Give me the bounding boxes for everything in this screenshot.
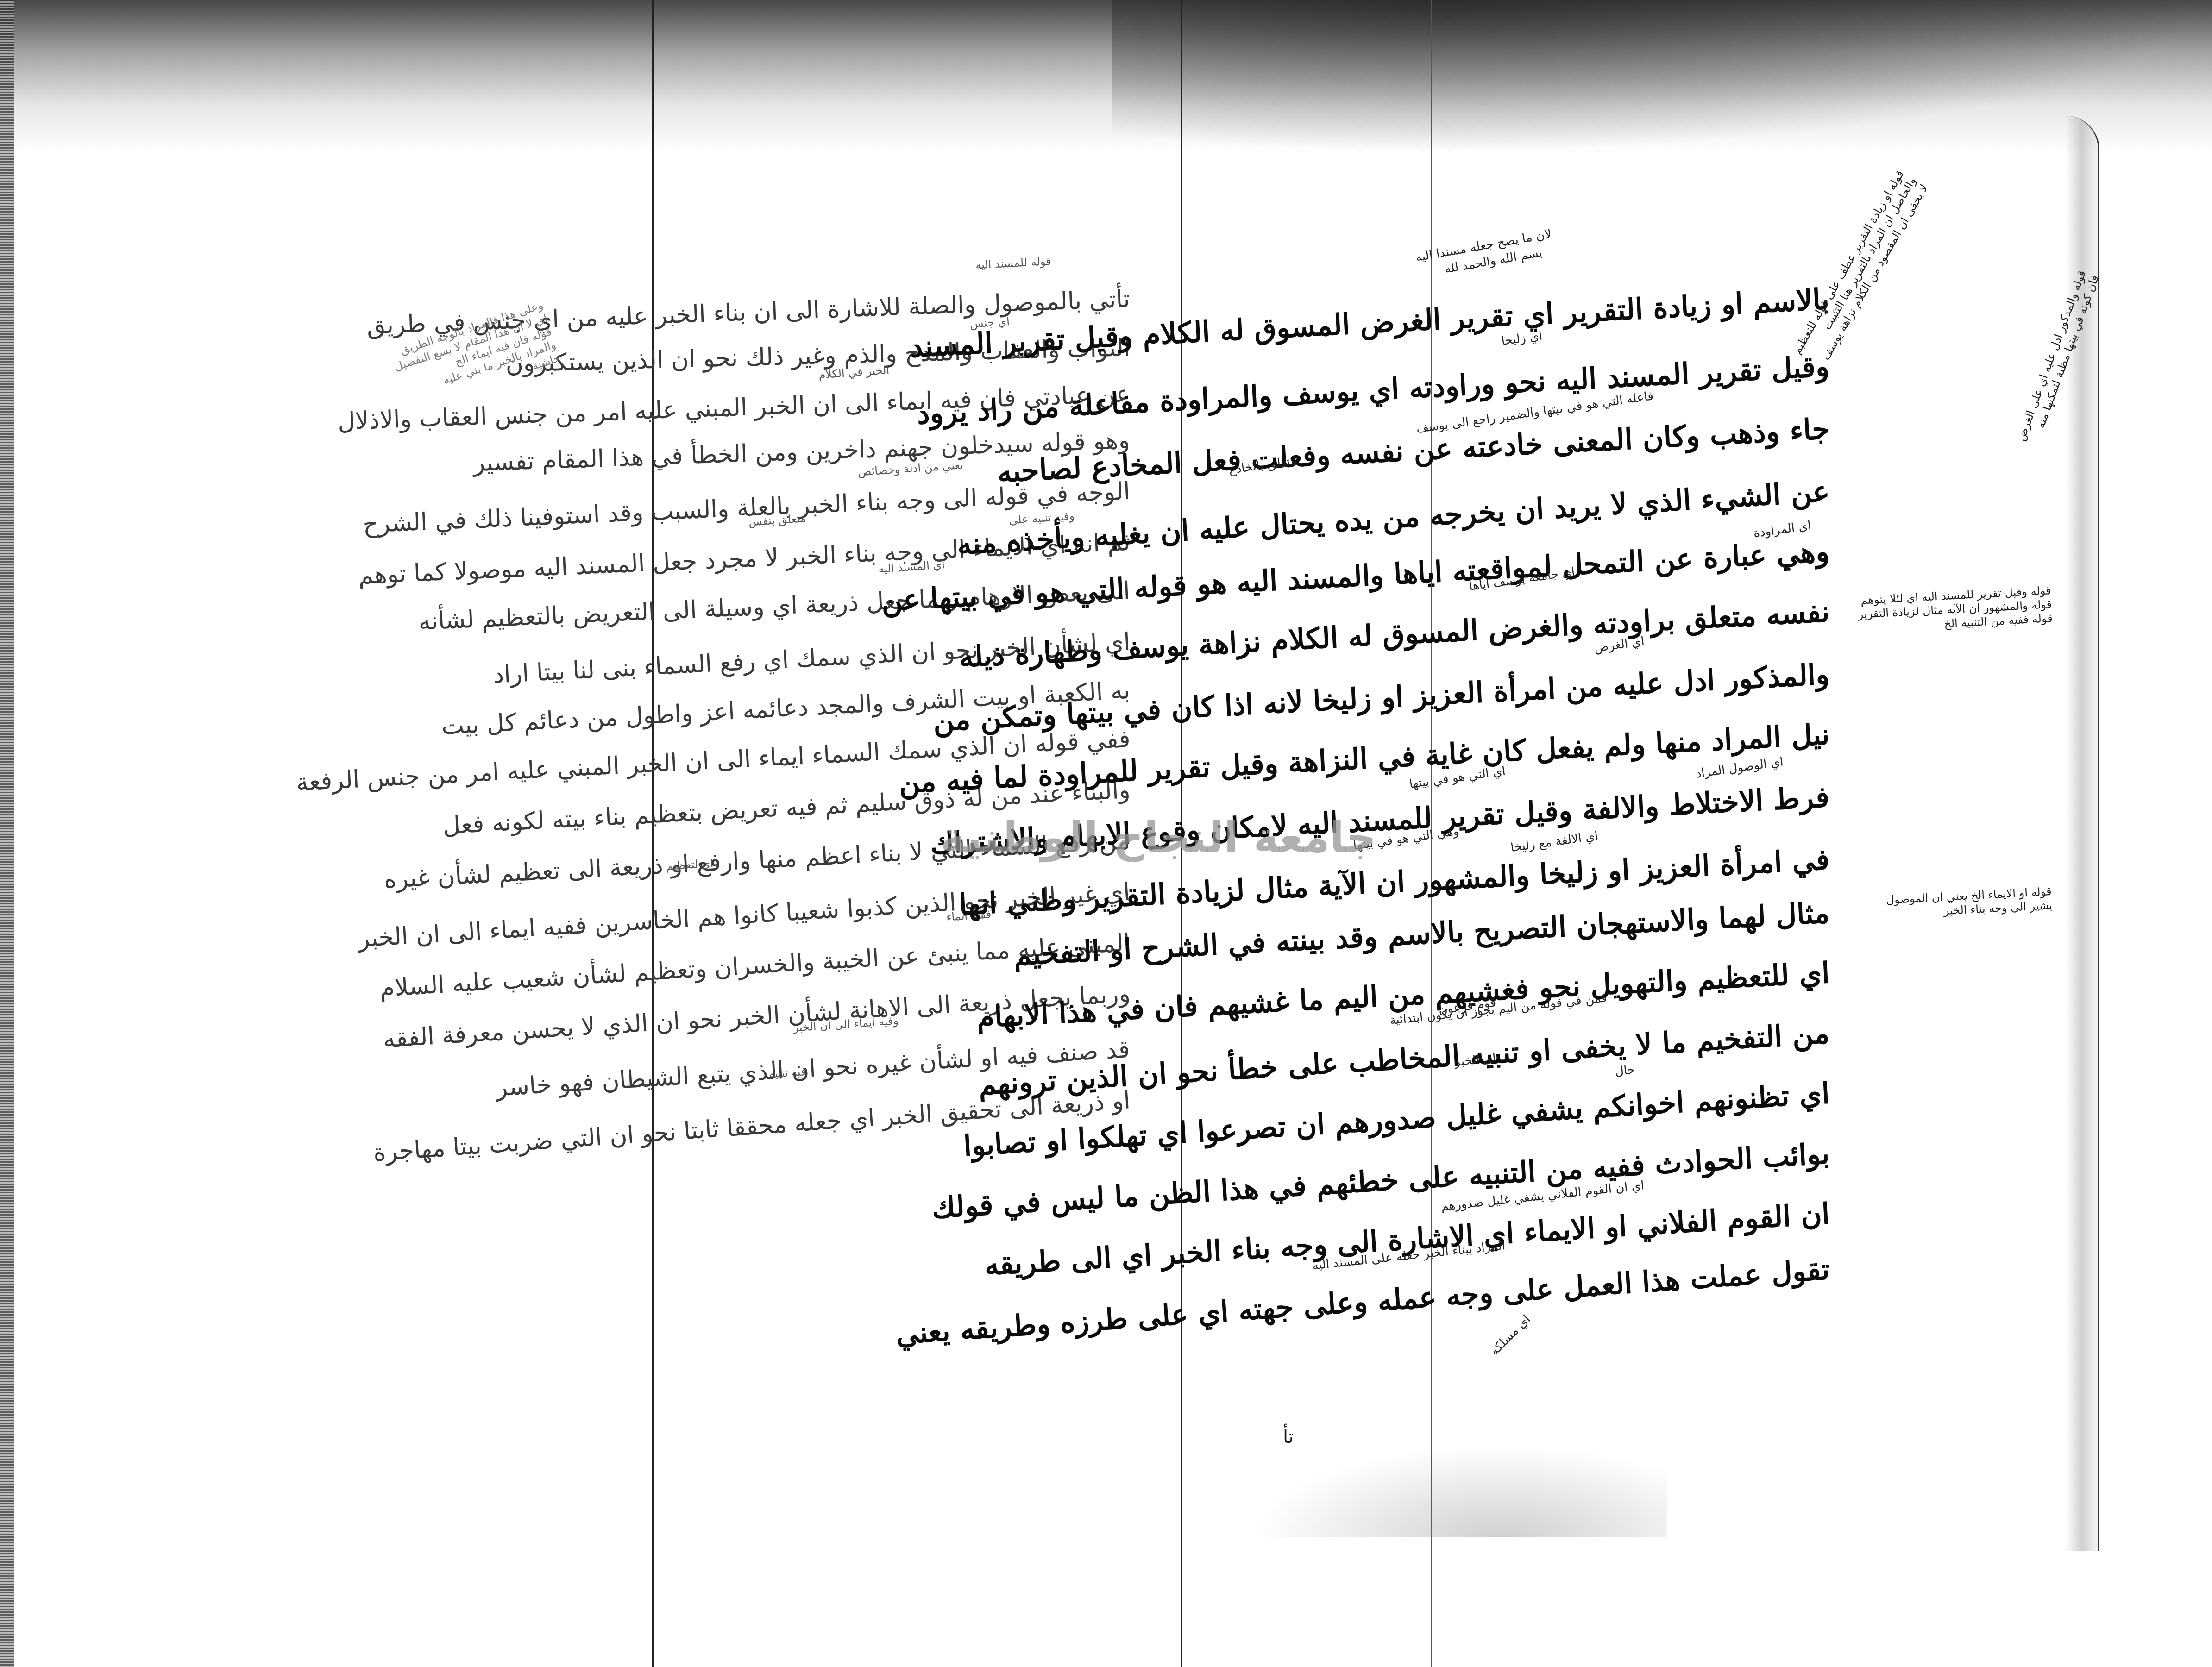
university-watermark: جامعة النجاح الوطنية <box>940 813 1376 862</box>
left-page-fold-line <box>652 0 654 1667</box>
outer-margin-notes-top: قوله او زيادة التقرير عطف على قوله للتعظ… <box>1790 168 1931 371</box>
interlinear-gloss: اي الوصول المراد <box>1695 755 1784 781</box>
catchword: تأ <box>1283 1426 1294 1448</box>
header-gloss: قوله للمسند اليه <box>975 255 1052 272</box>
interlinear-gloss: اي الالفة مع زليخا <box>1510 829 1599 855</box>
left-page-ruling-line-inner <box>871 0 871 1667</box>
manuscript-scan: قوله للمسند اليه تأتي بالموصول والصلة لل… <box>0 0 2212 1667</box>
interlinear-gloss: فيه تنبيه <box>768 1065 806 1081</box>
text-line: جاء وذهب وكان المعنى خادعته عن نفسه وفعل… <box>997 414 1830 487</box>
text-line: نفسه متعلق براودته والغرض المسوق له الكل… <box>958 597 1830 671</box>
interlinear-gloss: اي مسلكه <box>1488 1312 1533 1358</box>
left-page-ruling-line <box>665 0 665 1667</box>
outer-margin-notes-middle: قوله وقيل تقرير للمسند اليه اي لئلا يتوه… <box>1857 583 2053 635</box>
scan-left-edge <box>0 0 14 1667</box>
scan-bottom-shading <box>1251 1445 1667 1537</box>
scan-top-shadow-right <box>1112 0 2212 153</box>
interlinear-gloss: حال <box>1615 1063 1636 1078</box>
outer-margin-notes-lower: قوله او الايماء الخ يعني ان الموصول يشير… <box>1886 884 2053 921</box>
